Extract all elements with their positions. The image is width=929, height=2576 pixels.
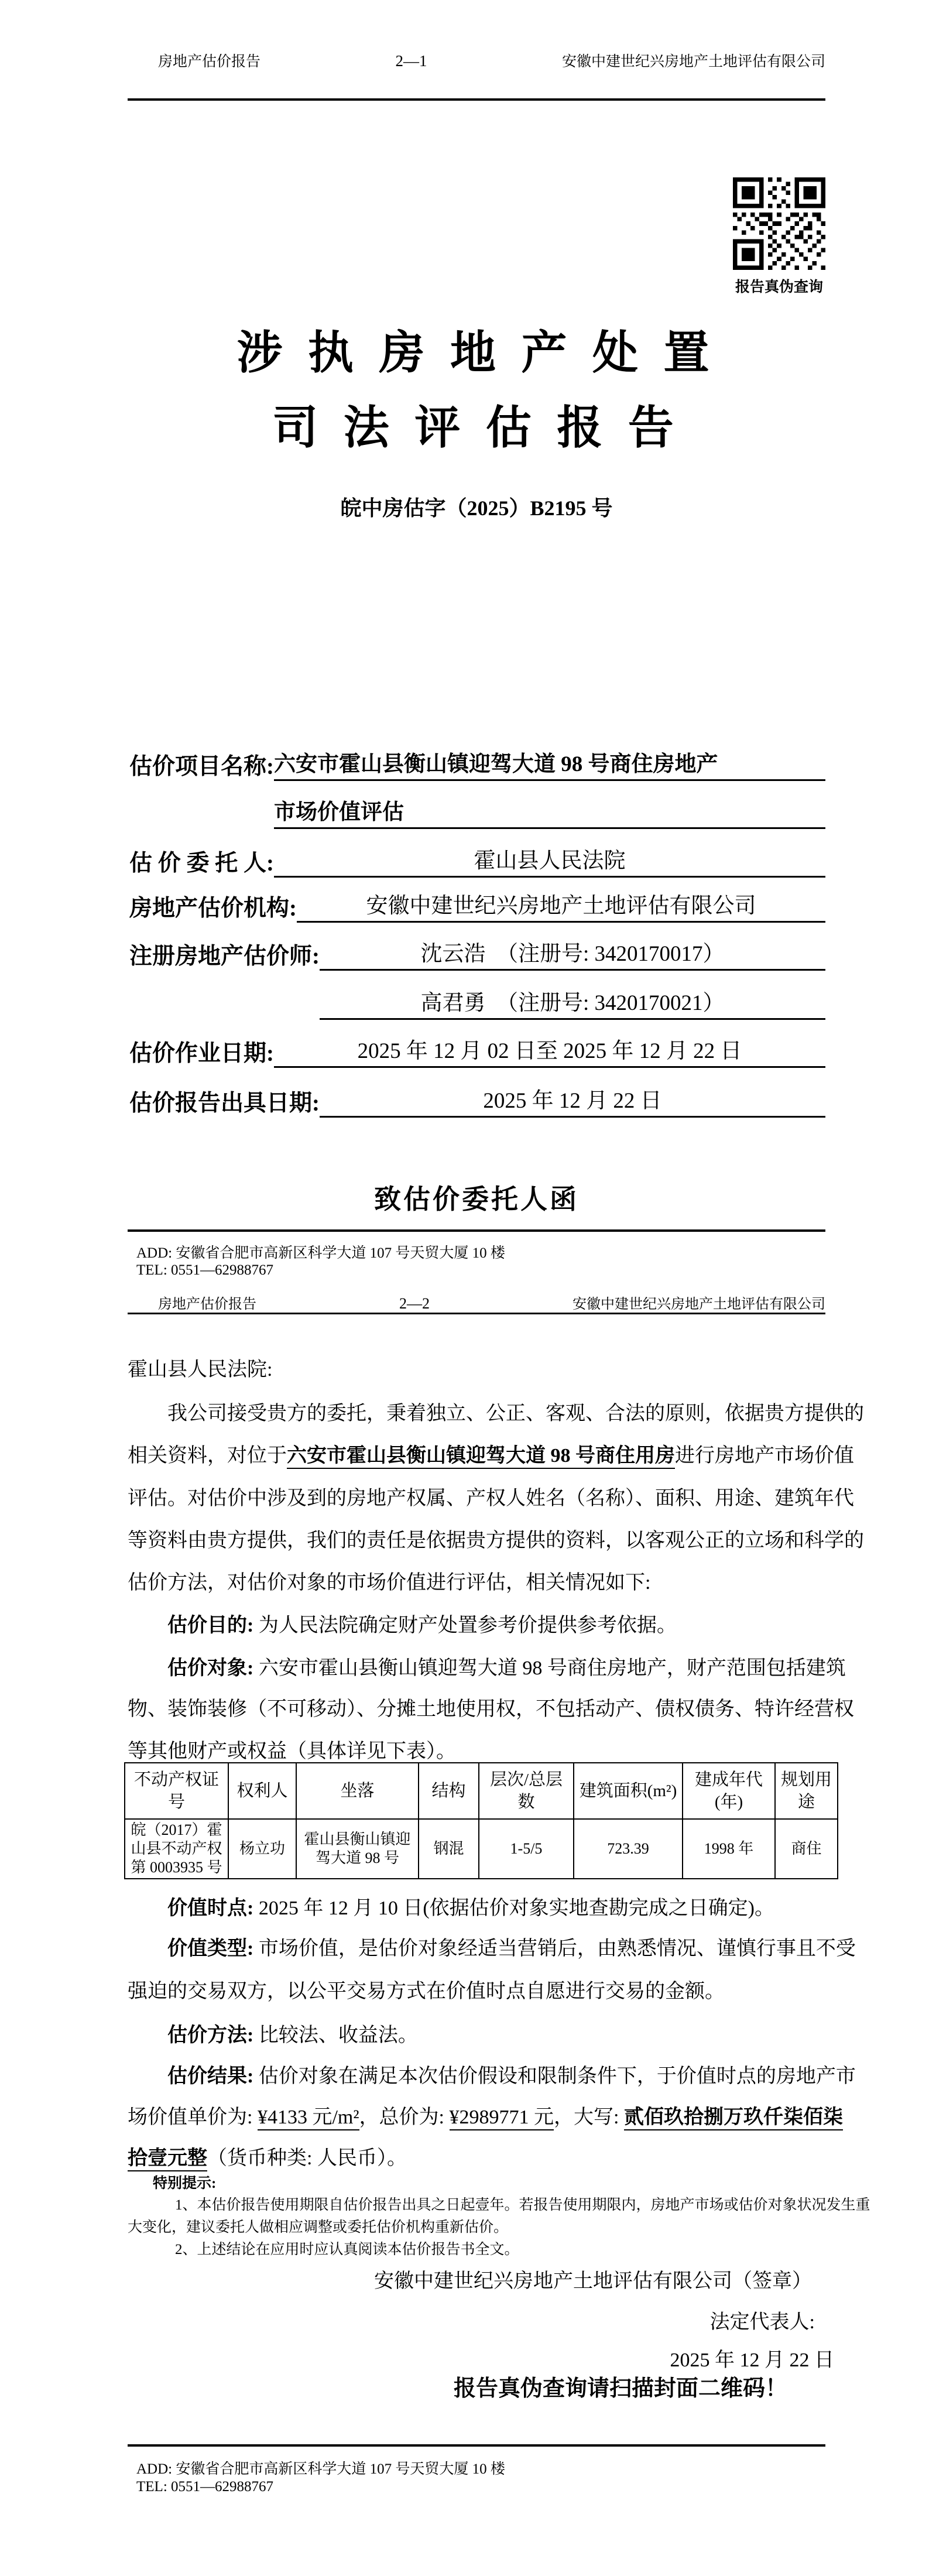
special-notes-title: 特别提示:: [128, 2173, 853, 2194]
page1-header-page-number: 2—1: [396, 52, 427, 70]
signature-date: 2025 年 12 月 22 日: [670, 2344, 835, 2372]
appraisal-result-label: 估价结果:: [167, 2065, 253, 2087]
cell-year-built: 1998 年: [683, 1819, 775, 1879]
text-segment: 相关资料，对位于: [128, 1445, 287, 1467]
page2-header-doc-type: 房地产估价报告: [158, 1292, 256, 1313]
signature-legal-representative: 法定代表人:: [710, 2306, 815, 2334]
text-segment: ，总价为:: [359, 2106, 450, 2128]
letter-paragraph-line: 相关资料，对位于六安市霍山县衡山镇迎驾大道 98 号商住用房进行房地产市场价值: [128, 1443, 828, 1469]
special-note-2: 2、上述结论在应用时应认真阅读本估价报告书全文。: [128, 2239, 875, 2260]
report-verification-qr-code: [733, 177, 825, 270]
property-table: 不动产权证号 权利人 坐落 结构 层次/总层数 建筑面积(m²) 建成年代(年)…: [124, 1762, 838, 1879]
letter-paragraph-line: 我公司接受贵方的委托，秉着独立、公正、客观、合法的原则，依据贵方提供的: [128, 1401, 868, 1427]
field-client-label: 估 价 委 托 人:: [129, 850, 274, 878]
field-project-name-value2: 市场价值评估: [274, 798, 825, 829]
text-segment: 场价值单价为:: [128, 2106, 258, 2128]
appraisal-report-document: 房地产估价报告 2—1 安徽中建世纪兴房地产土地评估有限公司: [0, 0, 929, 2576]
field-issue-date-value: 2025 年 12 月 22 日: [320, 1087, 825, 1118]
field-appraiser-1: 注册房地产估价师: 沈云浩 （注册号: 3420170017）: [129, 938, 825, 971]
appraisal-method-text: 比较法、收益法。: [253, 2025, 418, 2046]
page2-header-rule: [128, 1313, 825, 1314]
col-planned-use: 规划用途: [775, 1763, 838, 1819]
field-issue-date-label: 估价报告出具日期:: [129, 1090, 320, 1118]
total-price-value: ¥2989771 元: [450, 2106, 554, 2130]
cell-location: 霍山县衡山镇迎驾大道 98 号: [296, 1819, 419, 1879]
col-floor: 层次/总层数: [479, 1763, 574, 1819]
text-segment: 进行房地产市场价值: [675, 1445, 854, 1467]
field-issue-date: 估价报告出具日期: 2025 年 12 月 22 日: [129, 1085, 825, 1118]
page2-header: 房地产估价报告 2—2 安徽中建世纪兴房地产土地评估有限公司: [128, 1292, 825, 1313]
page1-footer-phone: TEL: 0551—62988767: [136, 1262, 273, 1279]
field-agency: 房地产估价机构: 安徽中建世纪兴房地产土地评估有限公司: [129, 890, 825, 923]
special-note-1-line2: 大变化，建议委托人做相应调整或委托估价机构重新估价。: [128, 2217, 828, 2238]
field-agency-label: 房地产估价机构:: [129, 895, 297, 923]
page2-footer-rule: [128, 2444, 825, 2447]
page2-header-company: 安徽中建世纪兴房地产土地评估有限公司: [573, 1292, 825, 1313]
unit-price-value: ¥4133 元/m²: [258, 2106, 359, 2130]
value-time-point-label: 价值时点:: [167, 1897, 253, 1919]
appraisal-object-line2: 物、装饰装修（不可移动）、分摊土地使用权，不包括动产、债权债务、特许经营权: [128, 1697, 828, 1722]
page1-header-rule: [128, 98, 825, 101]
field-appraiser-2-value: 高君勇 （注册号: 3420170021）: [320, 989, 825, 1020]
scan-qr-reminder: 报告真伪查询请扫描封面二维码！: [454, 2370, 787, 2402]
letter-heading: 致估价委托人函: [128, 1178, 825, 1217]
cell-right-holder: 杨立功: [228, 1819, 296, 1879]
appraisal-object-line3: 等其他财产或权益（具体详见下表）。: [128, 1739, 828, 1765]
page1-footer-rule: [128, 1229, 825, 1232]
field-project-name: 估价项目名称: 六安市霍山县衡山镇迎驾大道 98 号商住房地产: [129, 748, 825, 781]
special-note-1-line1: 1、本估价报告使用期限自估价报告出具之日起壹年。若报告使用期限内，房地产市场或估…: [128, 2194, 875, 2216]
field-appraiser-1-value: 沈云浩 （注册号: 3420170017）: [320, 940, 825, 971]
col-location: 坐落: [296, 1763, 419, 1819]
appraisal-purpose: 估价目的: 为人民法院确定财产处置参考价提供参考依据。: [128, 1613, 868, 1639]
report-title-line1: 涉 执 房 地 产 处 置: [128, 316, 825, 382]
appraisal-result-text: 估价对象在满足本次估价假设和限制条件下，于价值时点的房地产市: [253, 2065, 856, 2087]
appraisal-object: 估价对象: 六安市霍山县衡山镇迎驾大道 98 号商住房地产，财产范围包括建筑: [128, 1656, 868, 1681]
qr-code-graphic: [733, 177, 825, 270]
letter-salutation: 霍山县人民法院:: [128, 1357, 828, 1383]
cell-building-area: 723.39: [574, 1819, 683, 1879]
field-project-name-label: 估价项目名称:: [129, 753, 274, 781]
field-project-name-line2: 估价项目名称: 市场价值评估: [129, 796, 825, 829]
col-structure: 结构: [419, 1763, 479, 1819]
field-work-date-value: 2025 年 12 月 02 日至 2025 年 12 月 22 日: [274, 1037, 825, 1068]
col-building-area: 建筑面积(m²): [574, 1763, 683, 1819]
qr-caption: 报告真伪查询: [729, 275, 829, 296]
cell-structure: 钢混: [419, 1819, 479, 1879]
field-client: 估 价 委 托 人: 霍山县人民法院: [129, 845, 825, 878]
page2-footer-address: ADD: 安徽省合肥市高新区科学大道 107 号天贸大厦 10 楼: [136, 2457, 505, 2478]
text-segment: ，大写:: [554, 2106, 624, 2128]
property-table-data-row: 皖（2017）霍山县不动产权第 0003935 号 杨立功 霍山县衡山镇迎驾大道…: [125, 1819, 838, 1879]
property-address-emphasis: 六安市霍山县衡山镇迎驾大道 98 号商住用房: [287, 1445, 675, 1469]
appraisal-result-line2: 场价值单价为: ¥4133 元/m²，总价为: ¥2989771 元，大写: 贰…: [128, 2105, 828, 2130]
value-type: 价值类型: 市场价值，是估价对象经适当营销后，由熟悉情况、谨慎行事且不受: [128, 1936, 868, 1962]
value-type-label: 价值类型:: [167, 1938, 253, 1960]
report-number: 皖中房估字（2025）B2195 号: [128, 492, 825, 522]
text-segment: （货币种类: 人民币）。: [207, 2147, 407, 2169]
appraisal-purpose-text: 为人民法院确定财产处置参考价提供参考依据。: [253, 1615, 677, 1636]
page2-footer-phone: TEL: 0551—62988767: [136, 2479, 273, 2495]
appraisal-purpose-label: 估价目的:: [167, 1615, 253, 1636]
field-agency-value: 安徽中建世纪兴房地产土地评估有限公司: [297, 892, 825, 923]
report-title-line2: 司 法 评 估 报 告: [128, 391, 825, 457]
page1-header-doc-type: 房地产估价报告: [158, 50, 260, 71]
value-type-text: 市场价值，是估价对象经适当营销后，由熟悉情况、谨慎行事且不受: [253, 1938, 856, 1960]
appraisal-method: 估价方法: 比较法、收益法。: [128, 2023, 868, 2049]
field-project-name-value: 六安市霍山县衡山镇迎驾大道 98 号商住房地产: [274, 750, 825, 781]
field-appraiser-2: 注册房地产估价师: 高君勇 （注册号: 3420170021）: [129, 987, 825, 1020]
letter-paragraph-line: 估价方法，对估价对象的市场价值进行评估，相关情况如下:: [128, 1570, 828, 1596]
field-client-value: 霍山县人民法院: [274, 847, 825, 878]
appraisal-method-label: 估价方法:: [167, 2025, 253, 2046]
cell-floor: 1-5/5: [479, 1819, 574, 1879]
letter-paragraph-line: 评估。对估价中涉及到的房地产权属、产权人姓名（名称）、面积、用途、建筑年代: [128, 1486, 828, 1512]
signature-company: 安徽中建世纪兴房地产土地评估有限公司（签章）: [374, 2265, 812, 2293]
appraisal-result: 估价结果: 估价对象在满足本次估价假设和限制条件下，于价值时点的房地产市: [128, 2064, 868, 2089]
page1-footer-address: ADD: 安徽省合肥市高新区科学大道 107 号天贸大厦 10 楼: [136, 1241, 505, 1262]
field-appraisers-label: 注册房地产估价师:: [129, 943, 320, 971]
cell-certificate-number: 皖（2017）霍山县不动产权第 0003935 号: [125, 1819, 228, 1879]
page1-header: 房地产估价报告 2—1 安徽中建世纪兴房地产土地评估有限公司: [128, 50, 825, 71]
value-time-point-text: 2025 年 12 月 10 日(依据估价对象实地查勘完成之日确定)。: [253, 1897, 774, 1919]
cell-planned-use: 商住: [775, 1819, 838, 1879]
value-time-point: 价值时点: 2025 年 12 月 10 日(依据估价对象实地查勘完成之日确定)…: [128, 1896, 868, 1921]
appraisal-result-line3: 拾壹元整（货币种类: 人民币）。: [128, 2146, 828, 2171]
appraisal-object-text: 六安市霍山县衡山镇迎驾大道 98 号商住房地产，财产范围包括建筑: [253, 1657, 846, 1679]
page1-header-company: 安徽中建世纪兴房地产土地评估有限公司: [562, 50, 825, 71]
col-right-holder: 权利人: [228, 1763, 296, 1819]
col-certificate-number: 不动产权证号: [125, 1763, 228, 1819]
total-price-capital-cont: 拾壹元整: [128, 2147, 207, 2171]
field-work-date-label: 估价作业日期:: [129, 1040, 274, 1068]
page2-header-page-number: 2—2: [399, 1295, 430, 1313]
field-work-date: 估价作业日期: 2025 年 12 月 02 日至 2025 年 12 月 22…: [129, 1035, 825, 1068]
total-price-capital: 贰佰玖拾捌万玖仟柒佰柒: [624, 2106, 843, 2130]
col-year-built: 建成年代(年): [683, 1763, 775, 1819]
appraisal-object-label: 估价对象:: [167, 1657, 253, 1679]
property-table-header-row: 不动产权证号 权利人 坐落 结构 层次/总层数 建筑面积(m²) 建成年代(年)…: [125, 1763, 838, 1819]
letter-paragraph-line: 等资料由贵方提供，我们的责任是依据贵方提供的资料，以客观公正的立场和科学的: [128, 1528, 828, 1554]
value-type-line2: 强迫的交易双方，以公平交易方式在价值时点自愿进行交易的金额。: [128, 1979, 828, 2005]
